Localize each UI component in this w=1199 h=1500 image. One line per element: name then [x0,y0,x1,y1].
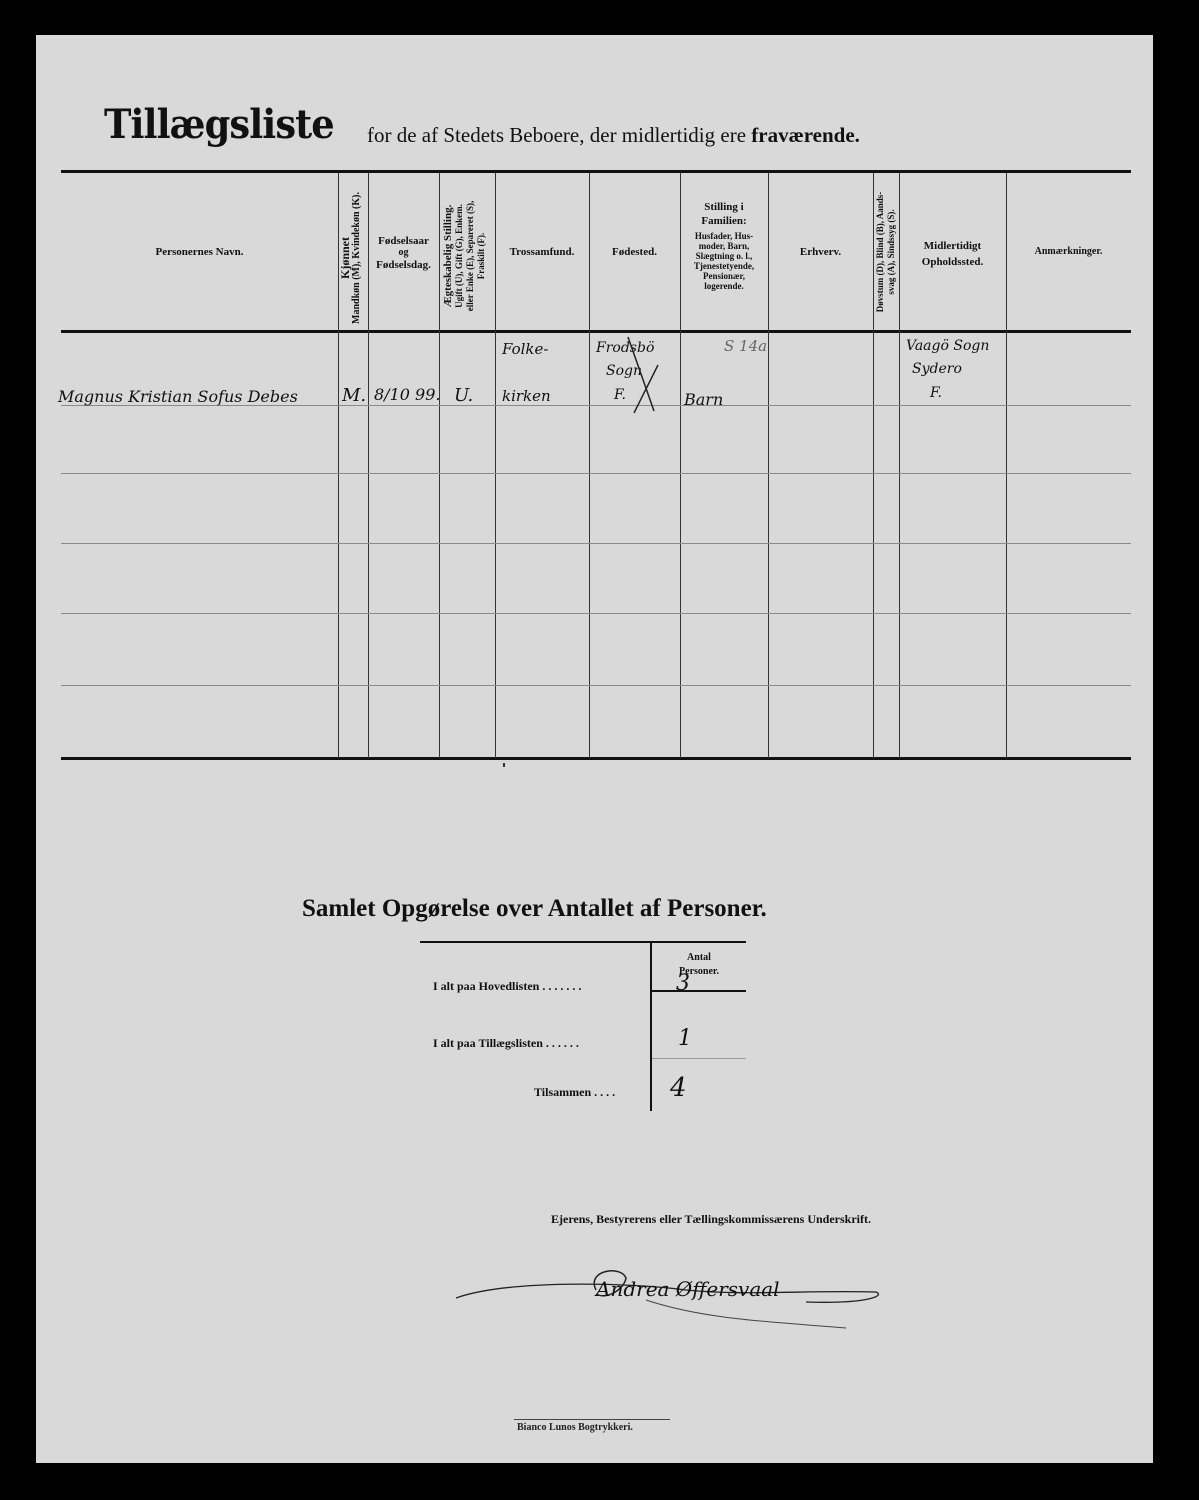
cell-navn: Magnus Kristian Sofus Debes [58,387,298,406]
header-anmaerkninger: Anmærkninger. [1006,246,1131,258]
cell-stilling: Barn [684,390,723,409]
form-subtitle: for de af Stedets Beboere, der midlertid… [367,123,860,148]
header-aegteskabelig: Ægteskabelig Stilling. Ugift (U), Gift (… [443,186,493,326]
printer-rule [514,1419,670,1420]
cell-aegteskabelig: U. [454,385,473,406]
summary-top-rule [420,941,746,943]
cell-trossamfund-1: Folke- [502,340,548,358]
summary-label-tilsammen: Tilsammen . . . . [534,1085,615,1100]
header-navn: Personernes Navn. [61,246,338,258]
header-stilling: Stilling i Familien: Husfader, Hus- mode… [680,200,768,291]
summary-title: Samlet Opgørelse over Antallet af Person… [302,895,767,923]
header-fodsel: Fødselsaar og Fødselsdag. [368,235,439,271]
strike-mark-icon [624,335,664,415]
summary-value-tillaegslisten: 1 [678,1026,692,1051]
col-divider [589,173,590,758]
table-header-rule [61,330,1131,333]
cell-kjon: M. [342,385,366,406]
cell-opholdssted-2: Sydero [912,361,962,377]
row-divider [61,685,1131,686]
cell-trossamfund-2: kirken [502,387,551,405]
summary-value-tilsammen: 4 [670,1073,687,1103]
summary-label-hovedlisten: I alt paa Hovedlisten . . . . . . . [433,979,581,994]
cell-fodsel: 8/10 99. [374,385,440,404]
summary-header-rule [652,990,746,992]
table-bottom-rule [61,757,1131,760]
header-erhverv: Erhverv. [768,246,873,258]
table-top-rule [61,170,1131,173]
summary-vertical-rule [650,943,652,1111]
col-divider [768,173,769,758]
form-title: Tillægsliste [104,101,334,148]
summary-sum-rule [652,1058,746,1059]
col-divider [495,173,496,758]
signature-name: Andrea Øffersvaal [596,1277,780,1301]
summary-col-header: Antal Personer. [653,951,745,979]
printer-credit: Bianco Lunos Bogtrykkeri. [517,1422,633,1433]
header-opholdssted: Midlertidigt Opholdssted. [899,238,1006,270]
cell-stilling-mark: S 14a [724,337,767,355]
col-divider [873,173,874,758]
col-divider [439,173,440,758]
row-divider [61,473,1131,474]
summary-label-tillaegslisten: I alt paa Tillægslisten . . . . . . [433,1036,579,1051]
stray-mark [503,763,505,767]
signature-label: Ejerens, Bestyrerens eller Tællingskommi… [551,1212,871,1227]
header-fodested: Fødested. [589,246,680,258]
header-trossamfund: Trossamfund. [495,246,589,258]
cell-opholdssted-1: Vaagö Sogn [906,338,989,354]
header-sygdom: Døvstum (D), Blind (B), Aands- svag (A),… [875,183,899,321]
col-divider [1006,173,1007,758]
summary-value-hovedlisten: 3 [676,971,690,996]
cell-opholdssted-3: F. [930,385,942,401]
header-kjon: Kjønnet Mandkøn (M), Kvindekøn (K). [340,188,366,328]
row-divider [61,543,1131,544]
row-divider [61,613,1131,614]
census-form-page: Tillægsliste for de af Stedets Beboere, … [36,35,1153,1463]
